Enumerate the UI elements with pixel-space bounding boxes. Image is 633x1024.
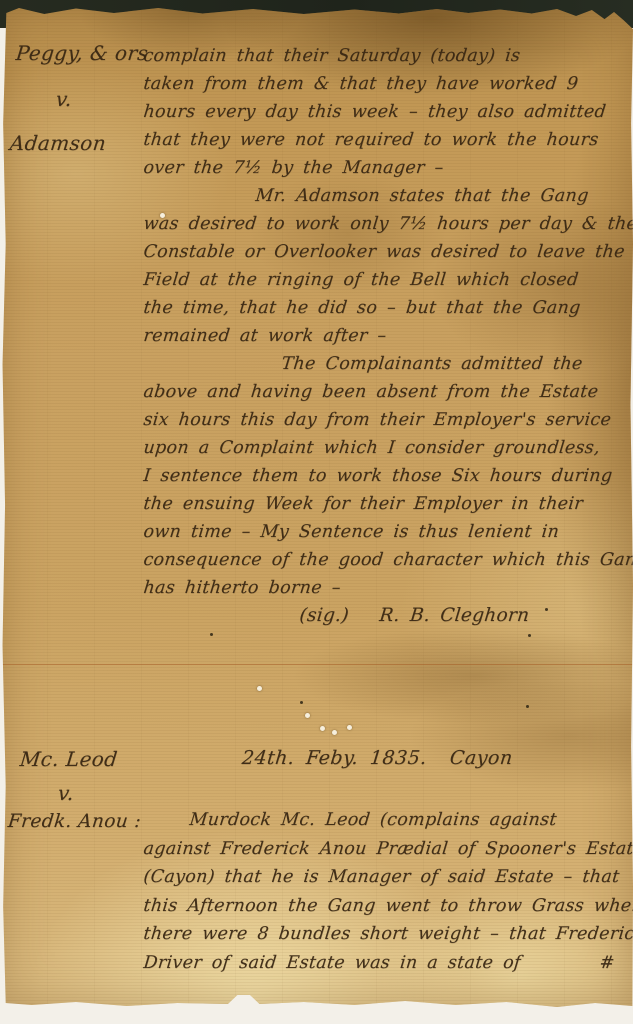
- manuscript-line: the ensuing Week for their Employer in t…: [142, 490, 633, 518]
- worm-hole: [305, 713, 310, 718]
- manuscript-line: Driver of said Estate was in a state of …: [142, 949, 633, 978]
- manuscript-line: (Cayon) that he is Manager of said Estat…: [142, 863, 633, 892]
- manuscript-paper: Peggy, & ors v. Adamson complain that th…: [0, 3, 633, 1007]
- case1-entry-text: complain that their Saturday (today) is …: [142, 42, 630, 630]
- manuscript-line: that they were not required to work the …: [142, 126, 633, 154]
- edge-mark: [0, 138, 3, 144]
- manuscript-line: taken from them & that they have worked …: [142, 70, 633, 98]
- case1-margin-plaintiff: Peggy, & ors: [15, 41, 150, 65]
- manuscript-line: this Afternoon the Gang went to throw Gr…: [142, 892, 633, 921]
- worm-hole: [332, 730, 337, 735]
- manuscript-line: above and having been absent from the Es…: [142, 378, 633, 406]
- magistrate-signature: (sig.) R. B. Cleghorn: [142, 602, 633, 630]
- manuscript-line: upon a Complaint which I consider ground…: [142, 434, 633, 462]
- case1-margin-defendant: Adamson: [9, 131, 108, 155]
- manuscript-line: has hitherto borne –: [142, 574, 633, 602]
- case2-date-heading: 24th. Feby. 1835. Cayon: [241, 747, 514, 769]
- manuscript-line: was desired to work only 7½ hours per da…: [142, 210, 633, 238]
- manuscript-line: the time, that he did so – but that the …: [142, 294, 633, 322]
- manuscript-line: remained at work after –: [142, 322, 633, 350]
- scanned-manuscript-page: Peggy, & ors v. Adamson complain that th…: [0, 0, 633, 1024]
- manuscript-line: Field at the ringing of the Bell which c…: [142, 266, 633, 294]
- manuscript-line: against Frederick Anou Prædial of Spoone…: [142, 835, 633, 864]
- manuscript-line: consequence of the good character which …: [142, 546, 633, 574]
- case1-margin-versus: v.: [55, 87, 74, 111]
- case2-margin-defendant: Fredk. Anou :: [7, 811, 142, 832]
- manuscript-line: The Complainants admitted the: [142, 350, 633, 378]
- manuscript-line: over the 7½ by the Manager –: [142, 154, 633, 182]
- worm-hole: [257, 686, 262, 691]
- manuscript-line: own time – My Sentence is thus lenient i…: [142, 518, 633, 546]
- manuscript-line: complain that their Saturday (today) is: [142, 42, 633, 70]
- case2-entry-text: Murdock Mc. Leod (complains against agai…: [142, 806, 630, 977]
- manuscript-line: I sentence them to work those Six hours …: [142, 462, 633, 490]
- ink-speck: [528, 634, 531, 637]
- ink-speck: [526, 705, 529, 708]
- manuscript-line: Mr. Adamson states that the Gang: [142, 182, 633, 210]
- worm-hole: [347, 725, 352, 730]
- manuscript-line: six hours this day from their Employer's…: [142, 406, 633, 434]
- ink-speck: [300, 701, 303, 704]
- manuscript-line: there were 8 bundles short weight – that…: [142, 920, 633, 949]
- fold-crease: [0, 664, 633, 665]
- manuscript-line: Murdock Mc. Leod (complains against: [142, 806, 633, 835]
- manuscript-line: Constable or Overlooker was desired to l…: [142, 238, 633, 266]
- worm-hole: [320, 726, 325, 731]
- ink-speck: [210, 633, 213, 636]
- case2-margin-versus: v.: [57, 781, 76, 805]
- case2-margin-plaintiff: Mc. Leod: [19, 747, 119, 771]
- manuscript-line: hours every day this week – they also ad…: [142, 98, 633, 126]
